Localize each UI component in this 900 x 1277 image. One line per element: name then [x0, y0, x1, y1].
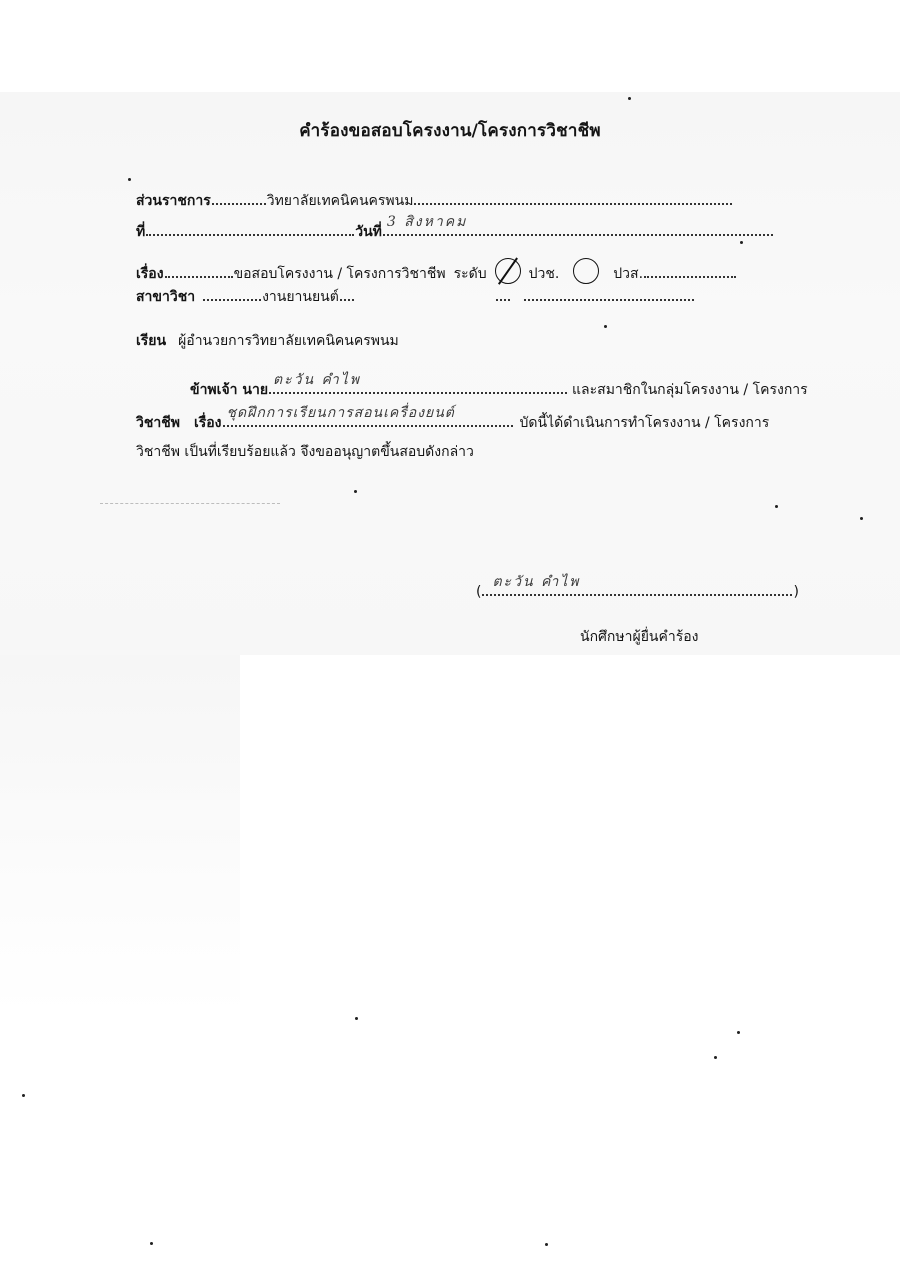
scan-speck	[150, 1242, 153, 1245]
department-label: สาขาวิชา	[136, 286, 195, 308]
body-line-1: ข้าพเจ้า นาย ตะวัน คำไพ และสมาชิกในกลุ่ม…	[190, 378, 808, 401]
body-line-2: วิชาชีพ เรื่อง ชุดฝึกการเรียนการสอนเครื่…	[136, 411, 769, 434]
level-checkbox-vocational-cert[interactable]	[495, 258, 521, 284]
addressee-label: เรียน	[136, 330, 166, 352]
scan-speck	[628, 97, 631, 100]
signature-row: ( ตะวัน คำไพ )	[476, 580, 799, 600]
agency-label: ส่วนราชการ	[136, 190, 211, 212]
topic-field[interactable]: ชุดฝึกการเรียนการสอนเครื่องยนต์	[223, 411, 513, 427]
level-option-label: ปวช.	[529, 263, 560, 285]
members-text: และสมาชิกในกลุ่มโครงงาน / โครงการ	[572, 379, 808, 401]
date-field[interactable]: 3 สิงหาคม	[383, 220, 773, 236]
topic-handwritten: ชุดฝึกการเรียนการสอนเครื่องยนต์	[227, 402, 455, 424]
dotted-line	[414, 189, 732, 205]
number-date-row: ที่ วันที่ 3 สิงหาคม	[136, 220, 774, 243]
scan-speck	[860, 517, 863, 520]
scan-speck	[737, 1031, 740, 1034]
dotted-line	[496, 285, 510, 301]
scan-speck	[604, 325, 607, 328]
faint-divider	[100, 503, 280, 504]
line2-suffix: บัดนี้ได้ดำเนินการทำโครงงาน / โครงการ	[520, 412, 770, 434]
scan-speck	[775, 505, 778, 508]
dotted-line	[524, 285, 694, 301]
scan-speck	[354, 490, 357, 493]
scan-speck	[355, 1017, 358, 1020]
department-row: สาขาวิชา งานยานยนต์	[136, 285, 695, 308]
agency-value: วิทยาลัยเทคนิคนครพนม	[267, 190, 414, 212]
dotted-line	[165, 262, 233, 278]
document-title: คำร้องขอสอบโครงงาน/โครงการวิชาชีพ	[0, 117, 900, 144]
student-name-field[interactable]: ตะวัน คำไพ	[269, 378, 567, 394]
dotted-line	[212, 189, 266, 205]
date-label: วันที่	[355, 221, 382, 243]
level-checkbox-high-vocational[interactable]	[573, 258, 599, 284]
open-paren: (	[476, 584, 481, 600]
number-label: ที่	[136, 221, 145, 243]
topic-label: เรื่อง	[194, 412, 222, 434]
close-paren: )	[793, 584, 798, 600]
level-option-label: ปวส.	[613, 263, 643, 285]
scan-shadow	[0, 655, 240, 1015]
subject-row: เรื่อง ขอสอบโครงงาน / โครงการวิชาชีพ ระด…	[136, 252, 737, 285]
line3-text: วิชาชีพ เป็นที่เรียบร้อยแล้ว จึงขออนุญาต…	[136, 441, 474, 463]
date-handwritten: 3 สิงหาคม	[387, 211, 467, 233]
addressee-row: เรียน ผู้อำนวยการวิทยาลัยเทคนิคนครพนม	[136, 330, 399, 352]
scan-speck	[128, 178, 131, 181]
scanned-region	[0, 92, 900, 655]
dotted-line	[644, 262, 736, 278]
body-line-3: วิชาชีพ เป็นที่เรียบร้อยแล้ว จึงขออนุญาต…	[136, 441, 474, 463]
signature-role: นักศึกษาผู้ยื่นคำร้อง	[580, 626, 698, 648]
addressee-value: ผู้อำนวยการวิทยาลัยเทคนิคนครพนม	[178, 330, 399, 352]
subject-label: เรื่อง	[136, 263, 164, 285]
scan-speck	[714, 1056, 717, 1059]
student-name-handwritten: ตะวัน คำไพ	[273, 369, 361, 391]
number-field[interactable]	[146, 220, 354, 236]
department-value: งานยานยนต์	[262, 286, 339, 308]
agency-row: ส่วนราชการ วิทยาลัยเทคนิคนครพนม	[136, 189, 733, 212]
intro-text: ข้าพเจ้า นาย	[190, 379, 268, 401]
level-label: ระดับ	[454, 263, 487, 285]
scan-speck	[545, 1243, 548, 1246]
signature-name-field[interactable]: ตะวัน คำไพ	[482, 580, 792, 596]
subject-value: ขอสอบโครงงาน / โครงการวิชาชีพ	[234, 263, 446, 285]
signature-role-row: นักศึกษาผู้ยื่นคำร้อง	[580, 626, 698, 648]
signature-handwritten: ตะวัน คำไพ	[492, 571, 580, 593]
scan-speck	[22, 1094, 25, 1097]
dotted-line	[203, 285, 261, 301]
line2-prefix: วิชาชีพ	[136, 412, 180, 434]
dotted-line	[340, 285, 354, 301]
